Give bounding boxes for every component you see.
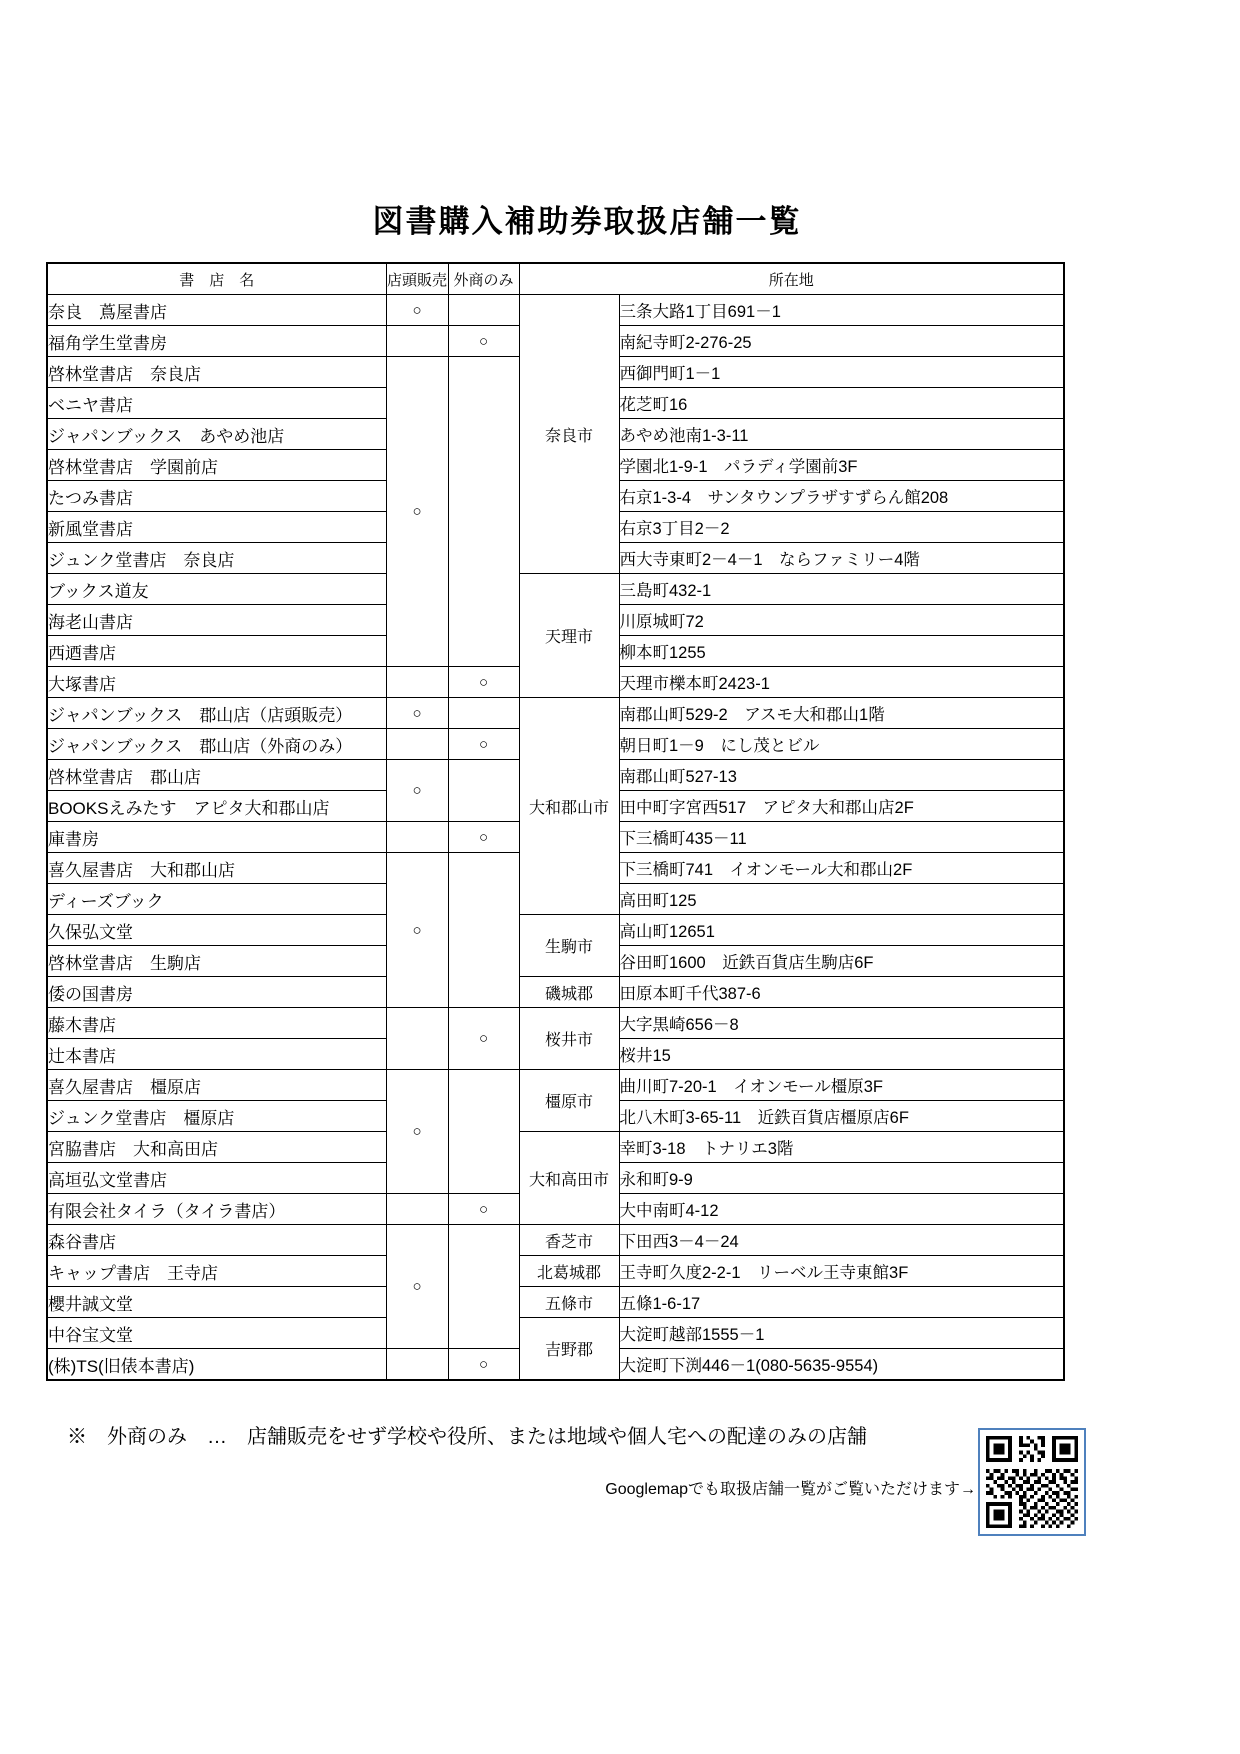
store-name-cell: BOOKSえみたす アピタ大和郡山店 [47,791,386,822]
store-name-cell: 喜久屋書店 大和郡山店 [47,853,386,884]
counter-sales-cell [386,1349,448,1381]
address-cell: 川原城町72 [619,605,1064,636]
store-row: 喜久屋書店 橿原店○橿原市曲川町7-20-1 イオンモール橿原3F [47,1070,1064,1101]
column-header-counter-sales: 店頭販売 [386,263,448,295]
outside-sales-cell [448,357,519,667]
store-row: キャップ書店 王寺店北葛城郡王寺町久度2-2-1 リーベル王寺東館3F [47,1256,1064,1287]
address-cell: 大淀町越部1555－1 [619,1318,1064,1349]
store-name-cell: 森谷書店 [47,1225,386,1256]
store-row: ブックス道友天理市三島町432-1 [47,574,1064,605]
address-cell: 王寺町久度2-2-1 リーベル王寺東館3F [619,1256,1064,1287]
column-header-store-name: 書 店 名 [47,263,386,295]
store-name-cell: 庫書房 [47,822,386,853]
outside-sales-cell [448,698,519,729]
counter-sales-cell: ○ [386,1070,448,1194]
outside-sales-cell [448,295,519,326]
city-cell: 吉野郡 [519,1318,619,1381]
outside-sales-cell: ○ [448,729,519,760]
city-cell: 香芝市 [519,1225,619,1256]
address-cell: 右京1-3-4 サンタウンプラザすずらん館208 [619,481,1064,512]
counter-sales-cell [386,326,448,357]
store-name-cell: 藤木書店 [47,1008,386,1039]
store-row: 中谷宝文堂吉野郡大淀町越部1555－1 [47,1318,1064,1349]
stores-table: 書 店 名 店頭販売 外商のみ 所在地 奈良 蔦屋書店○奈良市三条大路1丁目69… [46,262,1065,1381]
store-name-cell: ブックス道友 [47,574,386,605]
store-name-cell: キャップ書店 王寺店 [47,1256,386,1287]
counter-sales-cell [386,1194,448,1225]
note-outside-sales: ※ 外商のみ … 店舗販売をせず学校や役所、または地域や個人宅への配達のみの店舗 [67,1420,867,1449]
address-cell: 西大寺東町2－4－1 ならファミリー4階 [619,543,1064,574]
address-cell: 曲川町7-20-1 イオンモール橿原3F [619,1070,1064,1101]
counter-sales-cell: ○ [386,698,448,729]
address-cell: 大字黒崎656－8 [619,1008,1064,1039]
header-row: 書 店 名 店頭販売 外商のみ 所在地 [47,263,1064,295]
qr-code [978,1428,1086,1536]
counter-sales-cell [386,729,448,760]
store-name-cell: 啓林堂書店 学園前店 [47,450,386,481]
address-cell: 南郡山町529-2 アスモ大和郡山1階 [619,698,1064,729]
outside-sales-cell [448,1070,519,1194]
store-name-cell: 有限会社タイラ（タイラ書店） [47,1194,386,1225]
counter-sales-cell [386,667,448,698]
store-name-cell: 海老山書店 [47,605,386,636]
store-name-cell: ジュンク堂書店 奈良店 [47,543,386,574]
city-cell: 北葛城郡 [519,1256,619,1287]
counter-sales-cell: ○ [386,295,448,326]
store-name-cell: ジャパンブックス あやめ池店 [47,419,386,450]
column-header-outside-sales: 外商のみ [448,263,519,295]
store-name-cell: たつみ書店 [47,481,386,512]
store-name-cell: 大塚書店 [47,667,386,698]
address-cell: 花芝町16 [619,388,1064,419]
outside-sales-cell [448,760,519,822]
stores-tbody: 奈良 蔦屋書店○奈良市三条大路1丁目691－1福角学生堂書房○南紀寺町2-276… [47,295,1064,1381]
store-row: 宮脇書店 大和高田店大和高田市幸町3-18 トナリエ3階 [47,1132,1064,1163]
city-cell: 天理市 [519,574,619,698]
address-cell: 下三橋町741 イオンモール大和郡山2F [619,853,1064,884]
store-name-cell: ディーズブック [47,884,386,915]
address-cell: 朝日町1－9 にし茂とビル [619,729,1064,760]
document-page: { "page": { "title": "図書購入補助券取扱店舗一覧" }, … [0,0,1240,1754]
store-name-cell: ベニヤ書店 [47,388,386,419]
address-cell: 下三橋町435－11 [619,822,1064,853]
city-cell: 五條市 [519,1287,619,1318]
store-name-cell: ジャパンブックス 郡山店（外商のみ） [47,729,386,760]
store-row: 櫻井誠文堂五條市五條1-6-17 [47,1287,1064,1318]
store-row: 藤木書店○桜井市大字黒崎656－8 [47,1008,1064,1039]
city-cell: 生駒市 [519,915,619,977]
store-name-cell: 喜久屋書店 橿原店 [47,1070,386,1101]
city-cell: 奈良市 [519,295,619,574]
outside-sales-cell: ○ [448,1349,519,1381]
store-row: ジャパンブックス 郡山店（店頭販売）○大和郡山市南郡山町529-2 アスモ大和郡… [47,698,1064,729]
store-name-cell: 啓林堂書店 生駒店 [47,946,386,977]
city-cell: 桜井市 [519,1008,619,1070]
address-cell: 田原本町千代387-6 [619,977,1064,1008]
address-cell: 高田町125 [619,884,1064,915]
counter-sales-cell: ○ [386,853,448,1008]
address-cell: 南紀寺町2-276-25 [619,326,1064,357]
address-cell: 永和町9-9 [619,1163,1064,1194]
address-cell: 大淀町下渕446－1(080-5635-9554) [619,1349,1064,1381]
address-cell: 西御門町1－1 [619,357,1064,388]
store-name-cell: 新風堂書店 [47,512,386,543]
store-row: 倭の国書房磯城郡田原本町千代387-6 [47,977,1064,1008]
store-name-cell: 櫻井誠文堂 [47,1287,386,1318]
store-name-cell: ジュンク堂書店 橿原店 [47,1101,386,1132]
address-cell: 田中町字宮西517 アピタ大和郡山店2F [619,791,1064,822]
column-header-location: 所在地 [519,263,1064,295]
store-name-cell: 倭の国書房 [47,977,386,1008]
store-name-cell: ジャパンブックス 郡山店（店頭販売） [47,698,386,729]
city-cell: 大和郡山市 [519,698,619,915]
counter-sales-cell: ○ [386,357,448,667]
outside-sales-cell: ○ [448,1008,519,1070]
store-name-cell: 中谷宝文堂 [47,1318,386,1349]
counter-sales-cell [386,1008,448,1070]
store-name-cell: 西迺書店 [47,636,386,667]
store-name-cell: 奈良 蔦屋書店 [47,295,386,326]
store-row: 奈良 蔦屋書店○奈良市三条大路1丁目691－1 [47,295,1064,326]
store-row: 久保弘文堂生駒市高山町12651 [47,915,1064,946]
address-cell: 大中南町4-12 [619,1194,1064,1225]
store-name-cell: 福角学生堂書房 [47,326,386,357]
outside-sales-cell: ○ [448,667,519,698]
outside-sales-cell: ○ [448,326,519,357]
store-name-cell: (株)TS(旧俵本書店) [47,1349,386,1381]
counter-sales-cell: ○ [386,760,448,822]
store-name-cell: 高垣弘文堂書店 [47,1163,386,1194]
counter-sales-cell [386,822,448,853]
address-cell: 柳本町1255 [619,636,1064,667]
city-cell: 大和高田市 [519,1132,619,1225]
outside-sales-cell: ○ [448,822,519,853]
address-cell: 三島町432-1 [619,574,1064,605]
address-cell: 高山町12651 [619,915,1064,946]
outside-sales-cell [448,1225,519,1349]
note-googlemap: Googlemapでも取扱店舗一覧がご覧いただけます→ [605,1476,976,1499]
address-cell: 下田西3－4－24 [619,1225,1064,1256]
city-cell: 磯城郡 [519,977,619,1008]
address-cell: 右京3丁目2－2 [619,512,1064,543]
address-cell: 学園北1-9-1 パラディ学園前3F [619,450,1064,481]
address-cell: 南郡山町527-13 [619,760,1064,791]
address-cell: 三条大路1丁目691－1 [619,295,1064,326]
address-cell: 桜井15 [619,1039,1064,1070]
outside-sales-cell: ○ [448,1194,519,1225]
address-cell: 幸町3-18 トナリエ3階 [619,1132,1064,1163]
address-cell: 五條1-6-17 [619,1287,1064,1318]
store-name-cell: 啓林堂書店 郡山店 [47,760,386,791]
store-name-cell: 啓林堂書店 奈良店 [47,357,386,388]
address-cell: 天理市櫟本町2423-1 [619,667,1064,698]
store-name-cell: 宮脇書店 大和高田店 [47,1132,386,1163]
store-row: 森谷書店○香芝市下田西3－4－24 [47,1225,1064,1256]
address-cell: 谷田町1600 近鉄百貨店生駒店6F [619,946,1064,977]
outside-sales-cell [448,853,519,1008]
store-name-cell: 久保弘文堂 [47,915,386,946]
city-cell: 橿原市 [519,1070,619,1132]
counter-sales-cell: ○ [386,1225,448,1349]
address-cell: あやめ池南1-3-11 [619,419,1064,450]
store-name-cell: 辻本書店 [47,1039,386,1070]
address-cell: 北八木町3-65-11 近鉄百貨店橿原店6F [619,1101,1064,1132]
page-title: 図書購入補助券取扱店舗一覧 [0,196,1174,241]
